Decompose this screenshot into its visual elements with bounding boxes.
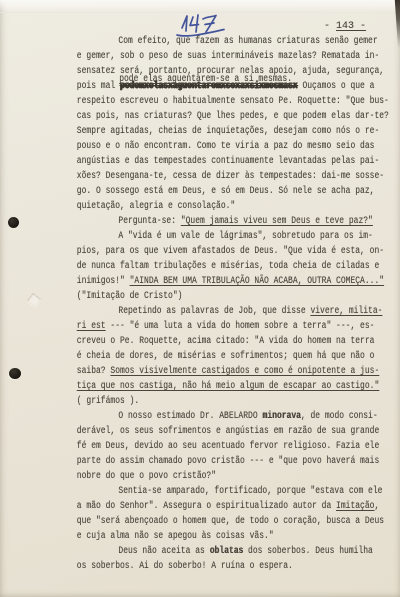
typed-text: creveu o Pe. Roquette, acima citado: "A … (77, 336, 375, 347)
typed-text: Ouçamos o que a (298, 81, 375, 92)
typed-text: a mão do Senhor". Assegura o espirituali… (77, 501, 336, 512)
typed-text: dos soberbos. Deus humilha (243, 546, 373, 557)
digit-1-stroke (182, 16, 187, 31)
digit-4-stroke (190, 15, 199, 32)
text-line: Repetindo as palavras de Job, que disse … (0, 304, 400, 319)
typed-text: quietação, alegria e consolação." (77, 201, 235, 212)
text-line: xões? Desengana-te, cessa de dizer às te… (0, 169, 400, 184)
typed-text: inimigos!" (77, 276, 130, 287)
underlined-text: "AINDA BEM UMA TRIBULAÇÃO NÃO ACABA, OUT… (130, 276, 384, 287)
scanned-typewritten-page: - 143 - Com efeito, que fazem as humanas… (0, 0, 400, 597)
typed-text: Com efeito, que fazem as humanas criatur… (118, 36, 377, 47)
text-line: Pergunta-se: "Quem jamais viveu sem Deus… (0, 214, 400, 229)
typed-text: Pergunta-se: (118, 216, 180, 227)
typewritten-text: Com efeito, que fazem as humanas criatur… (0, 34, 400, 574)
digit-7-stroke (203, 16, 216, 33)
text-line: Com efeito, que fazem as humanas criatur… (0, 34, 400, 49)
underlined-text: Imitação (336, 501, 374, 512)
typed-text: respeito escreveu o habitualmente sensat… (77, 96, 389, 107)
text-line: ( grifámos ). (0, 394, 400, 409)
bold-text: minorava (262, 411, 300, 422)
text-line: Sempre agitadas, cheias de inquietações,… (0, 124, 400, 139)
underlined-text: Somos visivelmente castigados e como é o… (110, 366, 379, 377)
text-line: parte do assim chamado povo cristão --- … (0, 454, 400, 469)
typed-text: fé em Deus, devido ao seu acentuado ferv… (77, 441, 379, 452)
typed-text: Sempre agitadas, cheias de inquietações,… (77, 126, 379, 137)
typed-text: pios, para os que vivem afastados de Deu… (77, 246, 384, 257)
text-line: tiça que nos castiga, não há meio algum … (0, 379, 400, 394)
text-line: derável, os seus sofrimentos e angústias… (0, 424, 400, 439)
text-line: ("Imitação de Cristo") (0, 289, 400, 304)
text-line: a mão do Senhor". Assegura o espirituali… (0, 499, 400, 514)
underlined-text: "Quem jamais viveu sem Deus e teve paz?" (181, 216, 373, 227)
typed-text: nobre do que o povo cristão?" (77, 471, 216, 482)
text-line: quietação, alegria e consolação." (0, 199, 400, 214)
typed-text: saiba? (77, 366, 111, 377)
typed-text: Deus não aceita as (118, 546, 209, 557)
text-line: pouso e o não encontram. Como te viria a… (0, 139, 400, 154)
typed-text: ( grifámos ). (77, 396, 139, 407)
typed-text: --- "é uma luta a vida do homem sobre a … (106, 321, 375, 332)
text-line: ri est --- "é uma luta a vida do homem s… (0, 319, 400, 334)
typed-text: cas pois, nas criaturas? Que lhes pedes,… (77, 111, 389, 122)
typed-text: e gemer, sob o peso de suas interminávei… (77, 51, 379, 62)
text-line: inimigos!" "AINDA BEM UMA TRIBULAÇÃO NÃO… (0, 274, 400, 289)
text-line: nobre do que o povo cristão?" (0, 469, 400, 484)
text-line: de nunca faltam tribulações e misérias, … (0, 259, 400, 274)
typed-text: Sentia-se amparado, fortificado, porque … (118, 486, 382, 497)
text-line: Sentia-se amparado, fortificado, porque … (0, 484, 400, 499)
typed-text: ("Imitação de Cristo") (77, 291, 183, 302)
underlined-text: vivere, milita- (310, 306, 382, 317)
underlined-text: ri est (77, 321, 106, 332)
text-line: pios, para os que vivem afastados de Deu… (0, 244, 400, 259)
typed-text: , (374, 501, 379, 512)
typed-text: os soberbos. Ai do soberbo! A ruína o es… (77, 561, 293, 572)
text-line: respeito escreveu o habitualmente sensat… (0, 94, 400, 109)
typed-text: go. O sossego está em Deus, e só em Deus… (77, 186, 375, 197)
text-line: angústias e das tempestades continuament… (0, 154, 400, 169)
underlined-text: tiça que nos castiga, não há meio algum … (77, 381, 379, 392)
text-line: O nosso estimado Dr. ABELARDO minorava, … (0, 409, 400, 424)
text-line: A "vida é um vale de lágrimas", sobretud… (0, 229, 400, 244)
page-number-value: 143 - (336, 21, 366, 32)
text-line: fé em Deus, devido ao seu acentuado ferv… (0, 439, 400, 454)
typed-correction-note: pode elas aguentarem-se a si mesmas. (119, 72, 292, 87)
page-number: - 143 - (324, 20, 366, 33)
typed-text: parte do assim chamado povo cristão --- … (77, 456, 379, 467)
typed-text: Repetindo as palavras de Job, que disse (118, 306, 310, 317)
typed-text: A "vida é um vale de lágrimas", sobretud… (118, 231, 372, 242)
text-line: os soberbos. Ai do soberbo! A ruína o es… (0, 559, 400, 574)
typed-text: pouso e o não encontram. Como te viria a… (77, 141, 375, 152)
typed-text: de nunca faltam tribulações e misérias, … (77, 261, 379, 272)
text-line: é cheia de dores, de misérias e sofrimen… (0, 349, 400, 364)
typed-text: pois mal (77, 81, 120, 92)
text-line: go. O sossego está em Deus, e só em Deus… (0, 184, 400, 199)
text-line: que "será abençoado o homem que, de todo… (0, 514, 400, 529)
text-line: pois mal podemxelasxaguentaremxsexaxsixm… (0, 79, 400, 94)
text-line: e cuja alma não se apegou às coisas vãs.… (0, 529, 400, 544)
typed-text: e cuja alma não se apegou às coisas vãs.… (77, 531, 274, 542)
typed-text: xões? Desengana-te, cessa de dizer às te… (77, 171, 384, 182)
text-line: Deus não aceita as oblatas dos soberbos.… (0, 544, 400, 559)
typed-text: angústias e das tempestades continuament… (77, 156, 379, 167)
typed-text: derável, os seus sofrimentos e angústias… (77, 426, 379, 437)
typed-text: que "será abençoado o homem que, de todo… (77, 516, 384, 527)
typed-text: é cheia de dores, de misérias e sofrimen… (77, 351, 375, 362)
typed-text: O nosso estimado Dr. ABELARDO (118, 411, 262, 422)
typed-text: , de modo consi- (301, 411, 378, 422)
text-line: saiba? Somos visivelmente castigados e c… (0, 364, 400, 379)
text-line: creveu o Pe. Roquette, acima citado: "A … (0, 334, 400, 349)
page-number-prefix: - (324, 21, 336, 32)
text-line: cas pois, nas criaturas? Que lhes pedes,… (0, 109, 400, 124)
bold-text: oblatas (210, 546, 244, 557)
text-line: e gemer, sob o peso de suas interminávei… (0, 49, 400, 64)
